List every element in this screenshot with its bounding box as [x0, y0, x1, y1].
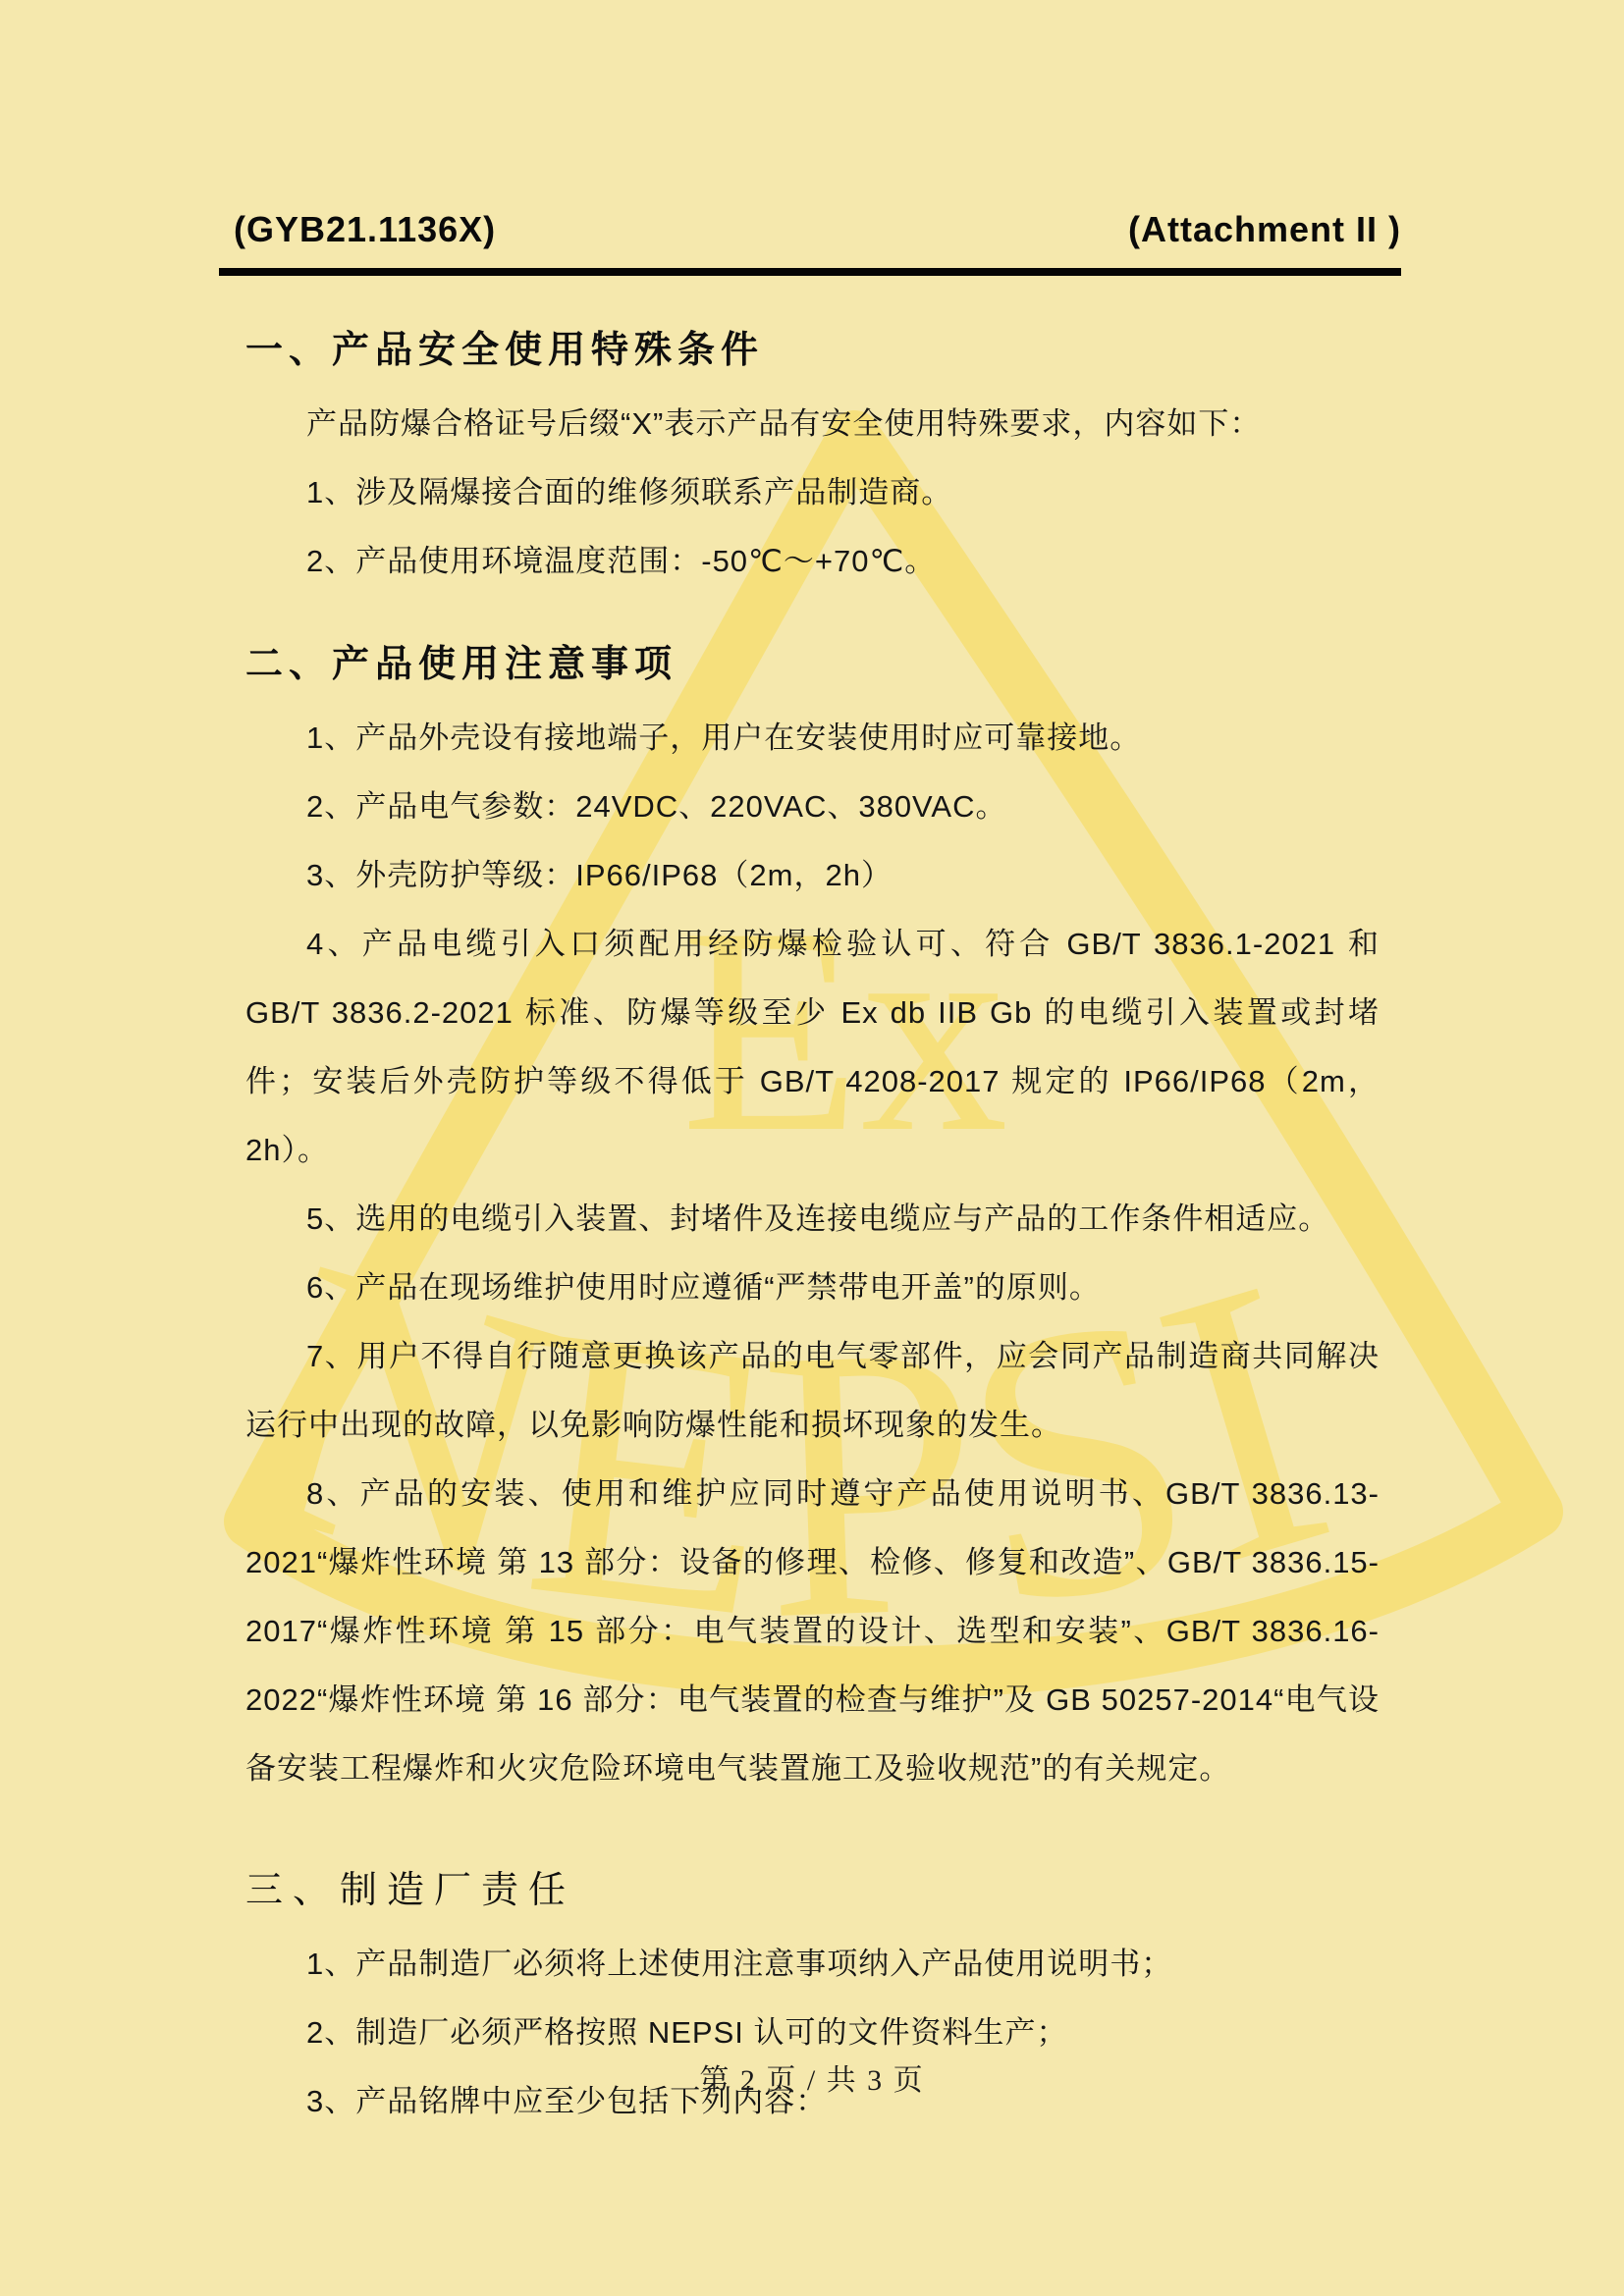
page: Ex NEPSI (GYB21.1136X) (Attachment II ) …: [0, 0, 1624, 2136]
section-heading: 一、产品安全使用特殊条件: [245, 325, 1380, 376]
list-item: 4、产品电缆引入口须配用经防爆检验认可、符合 GB/T 3836.1-2021 …: [245, 910, 1380, 1185]
certificate-number-label: (GYB21.1136X): [234, 208, 496, 251]
attachment-label: (Attachment II ): [1128, 208, 1401, 251]
list-item: 8、产品的安装、使用和维护应同时遵守产品使用说明书、GB/T 3836.13-2…: [245, 1460, 1380, 1803]
list-item: 3、外壳防护等级：IP66/IP68（2m，2h）: [245, 841, 1380, 910]
section-special-conditions: 一、产品安全使用特殊条件 产品防爆合格证号后缀“X”表示产品有安全使用特殊要求，…: [0, 325, 1624, 596]
section-usage-notes: 二、产品使用注意事项 1、产品外壳设有接地端子，用户在安装使用时应可靠接地。 2…: [0, 639, 1624, 1803]
list-item: 5、选用的电缆引入装置、封堵件及连接电缆应与产品的工作条件相适应。: [245, 1185, 1380, 1254]
section-heading: 二、产品使用注意事项: [245, 639, 1380, 690]
list-item: 7、用户不得自行随意更换该产品的电气零部件，应会同产品制造商共同解决运行中出现的…: [245, 1322, 1380, 1460]
page-footer: 第 2 页 / 共 3 页: [0, 2056, 1624, 2099]
page-number-label: 第 2 页 / 共 3 页: [699, 2064, 924, 2097]
list-item: 1、产品制造厂必须将上述使用注意事项纳入产品使用说明书；: [245, 1930, 1380, 1999]
section-heading: 三、制造厂责任: [245, 1865, 1380, 1916]
intro-paragraph: 产品防爆合格证号后缀“X”表示产品有安全使用特殊要求，内容如下：: [245, 390, 1380, 458]
page-header: (GYB21.1136X) (Attachment II ): [234, 0, 1401, 251]
document-body: (GYB21.1136X) (Attachment II ) 一、产品安全使用特…: [0, 0, 1624, 2136]
list-item: 2、产品使用环境温度范围：-50℃～+70℃。: [245, 527, 1380, 596]
header-rule: [219, 268, 1401, 276]
list-item: 1、产品外壳设有接地端子，用户在安装使用时应可靠接地。: [245, 704, 1380, 773]
list-item: 6、产品在现场维护使用时应遵循“严禁带电开盖”的原则。: [245, 1254, 1380, 1322]
list-item: 2、产品电气参数：24VDC、220VAC、380VAC。: [245, 773, 1380, 841]
list-item: 1、涉及隔爆接合面的维修须联系产品制造商。: [245, 458, 1380, 527]
